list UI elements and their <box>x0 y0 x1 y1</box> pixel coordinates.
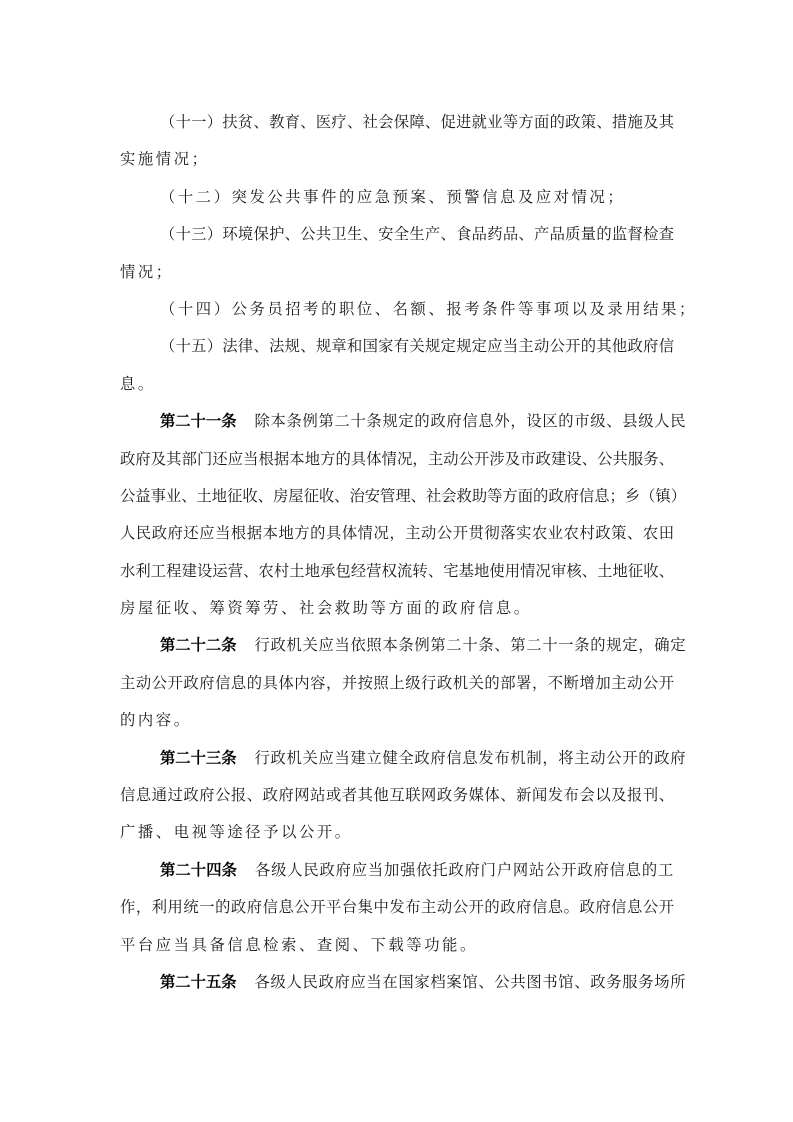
article-24-line-1: 第二十四条各级人民政府应当加强依托政府门户网站公开政府信息的工 <box>120 852 674 889</box>
line-text: （十一）扶贫、教育、医疗、社会保障、促进就业等方面的政策、措施及其 <box>160 113 674 131</box>
line-text: 信息通过政府公报、政府网站或者其他互联网政务媒体、新闻发布会以及报刊、 <box>120 786 674 804</box>
line-text: 房屋征收、筹资筹劳、社会救助等方面的政府信息。 <box>120 599 532 617</box>
article-21-line-4: 人民政府还应当根据本地方的具体情况，主动公开贯彻落实农业农村政策、农田 <box>120 515 674 552</box>
article-heading: 第二十一条 <box>160 412 237 430</box>
clause-15-line-2: 息。 <box>120 366 674 403</box>
article-21-line-5: 水利工程建设运营、农村土地承包经营权流转、宅基地使用情况审核、土地征收、 <box>120 553 674 590</box>
line-text: 息。 <box>120 375 156 393</box>
article-heading: 第二十五条 <box>160 973 237 991</box>
article-23-line-2: 信息通过政府公报、政府网站或者其他互联网政务媒体、新闻发布会以及报刊、 <box>120 777 674 814</box>
line-text: 平台应当具备信息检索、查阅、下载等功能。 <box>120 936 478 954</box>
clause-13-line-2: 情况； <box>120 254 674 291</box>
line-text: 主动公开政府信息的具体内容，并按照上级行政机关的部署，不断增加主动公开 <box>120 674 674 692</box>
line-text: 的内容。 <box>120 711 192 729</box>
line-text: 各级人民政府应当加强依托政府门户网站公开政府信息的工 <box>255 861 674 879</box>
line-text: （十四）公务员招考的职位、名额、报考条件等事项以及录用结果； <box>160 300 697 318</box>
article-heading: 第二十二条 <box>160 636 237 654</box>
article-22-line-2: 主动公开政府信息的具体内容，并按照上级行政机关的部署，不断增加主动公开 <box>120 665 674 702</box>
article-21-line-1: 第二十一条除本条例第二十条规定的政府信息外，设区的市级、县级人民 <box>120 403 674 440</box>
clause-13-line-1: （十三）环境保护、公共卫生、安全生产、食品药品、产品质量的监督检查 <box>120 216 674 253</box>
line-text: 人民政府还应当根据本地方的具体情况，主动公开贯彻落实农业农村政策、农田 <box>120 524 674 542</box>
line-text: （十五）法律、法规、规章和国家有关规定规定应当主动公开的其他政府信 <box>160 337 674 355</box>
article-23-line-3: 广播、电视等途径予以公开。 <box>120 814 674 851</box>
clause-12-line-1: （十二）突发公共事件的应急预案、预警信息及应对情况； <box>120 179 674 216</box>
article-heading: 第二十四条 <box>160 861 237 879</box>
article-22-line-1: 第二十二条行政机关应当依照本条例第二十条、第二十一条的规定，确定 <box>120 627 674 664</box>
line-text: （十三）环境保护、公共卫生、安全生产、食品药品、产品质量的监督检查 <box>160 225 674 243</box>
line-text: 公益事业、土地征收、房屋征收、治安管理、社会救助等方面的政府信息；乡（镇） <box>120 487 686 505</box>
article-21-line-6: 房屋征收、筹资筹劳、社会救助等方面的政府信息。 <box>120 590 674 627</box>
article-21-line-2: 政府及其部门还应当根据本地方的具体情况，主动公开涉及市政建设、公共服务、 <box>120 441 674 478</box>
line-text: 除本条例第二十条规定的政府信息外，设区的市级、县级人民 <box>255 412 687 430</box>
clause-11-line-2: 实施情况； <box>120 141 674 178</box>
article-heading: 第二十三条 <box>160 749 237 767</box>
line-text: 实施情况； <box>120 150 210 168</box>
line-text: 各级人民政府应当在国家档案馆、公共图书馆、政务服务场所 <box>255 973 687 991</box>
line-text: 情况； <box>120 263 174 281</box>
line-text: 行政机关应当依照本条例第二十条、第二十一条的规定，确定 <box>255 636 687 654</box>
clause-14-line-1: （十四）公务员招考的职位、名额、报考条件等事项以及录用结果； <box>120 291 674 328</box>
article-23-line-1: 第二十三条行政机关应当建立健全政府信息发布机制，将主动公开的政府 <box>120 740 674 777</box>
line-text: 作，利用统一的政府信息公开平台集中发布主动公开的政府信息。政府信息公开 <box>120 898 674 916</box>
line-text: （十二）突发公共事件的应急预案、预警信息及应对情况； <box>160 188 625 206</box>
line-text: 政府及其部门还应当根据本地方的具体情况，主动公开涉及市政建设、公共服务、 <box>120 450 674 468</box>
line-text: 水利工程建设运营、农村土地承包经营权流转、宅基地使用情况审核、土地征收、 <box>120 562 674 580</box>
article-24-line-3: 平台应当具备信息检索、查阅、下载等功能。 <box>120 927 674 964</box>
clause-11-line-1: （十一）扶贫、教育、医疗、社会保障、促进就业等方面的政策、措施及其 <box>120 104 674 141</box>
article-21-line-3: 公益事业、土地征收、房屋征收、治安管理、社会救助等方面的政府信息；乡（镇） <box>120 478 674 515</box>
document-page: （十一）扶贫、教育、医疗、社会保障、促进就业等方面的政策、措施及其 实施情况； … <box>120 104 674 1001</box>
article-22-line-3: 的内容。 <box>120 702 674 739</box>
clause-15-line-1: （十五）法律、法规、规章和国家有关规定规定应当主动公开的其他政府信 <box>120 328 674 365</box>
line-text: 行政机关应当建立健全政府信息发布机制，将主动公开的政府 <box>255 749 687 767</box>
article-25-line-1: 第二十五条各级人民政府应当在国家档案馆、公共图书馆、政务服务场所 <box>120 964 674 1001</box>
article-24-line-2: 作，利用统一的政府信息公开平台集中发布主动公开的政府信息。政府信息公开 <box>120 889 674 926</box>
line-text: 广播、电视等途径予以公开。 <box>120 823 353 841</box>
